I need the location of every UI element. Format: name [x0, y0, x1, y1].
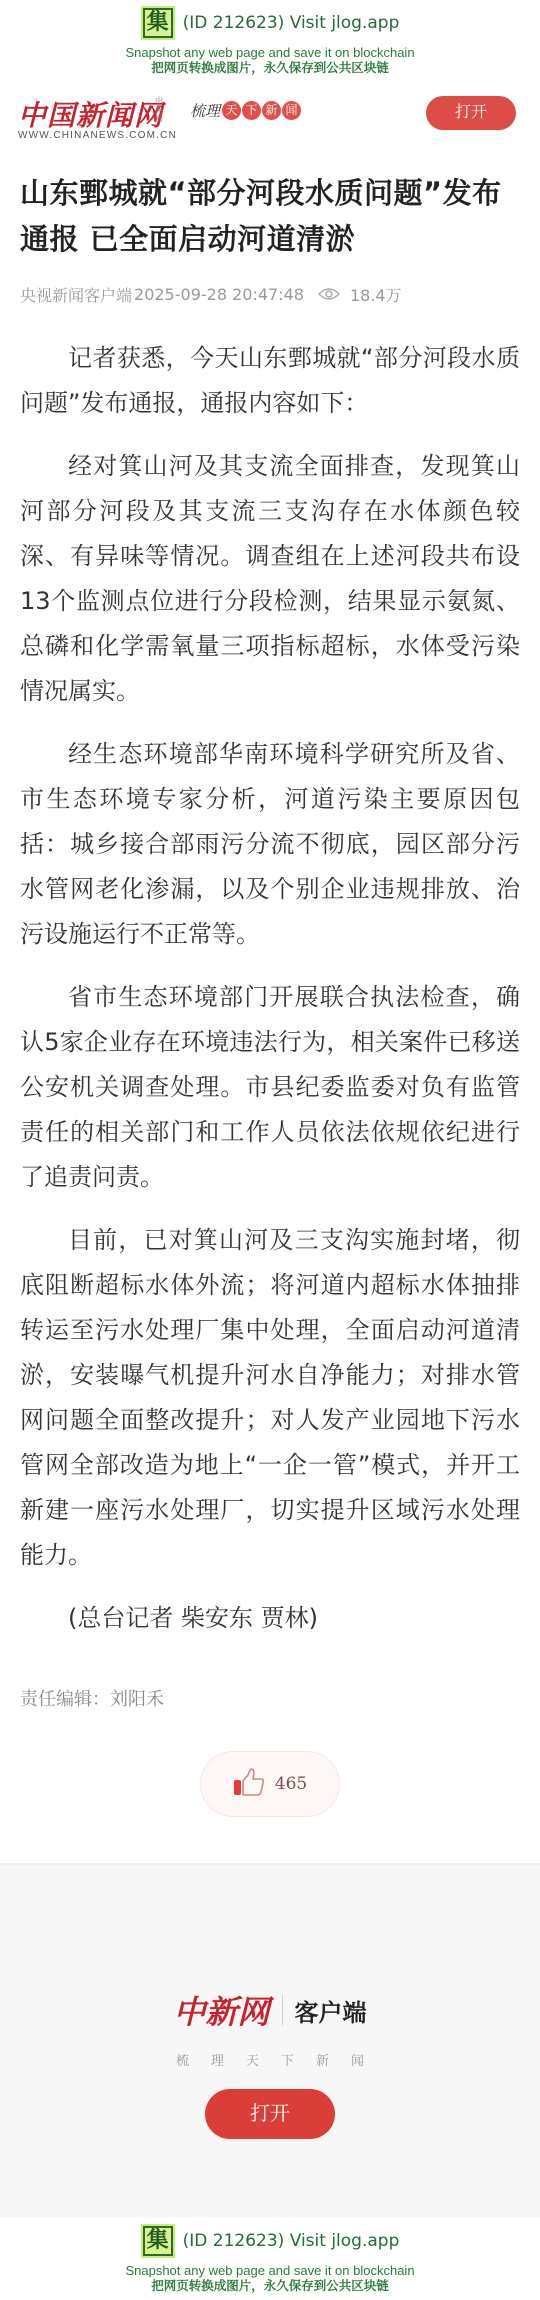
article-datetime: 2025-09-28 20:47:48 — [134, 285, 304, 304]
jlog-subtitle-en: Snapshot any web page and save it on blo… — [0, 2263, 540, 2278]
jlog-banner-top: 集 (ID 212623) Visit jlog.app Snapshot an… — [0, 0, 540, 82]
site-url: WWW.CHINANEWS.COM.CN — [18, 130, 177, 141]
header-slogan: 梳理 天 下 新 闻 — [190, 100, 302, 121]
article-signoff: (总台记者 柴安东 贾林) — [20, 1596, 520, 1641]
article-body: 记者获悉，今天山东鄄城就“部分河段水质问题”发布通报，通报内容如下： 经对箕山河… — [20, 336, 520, 1641]
article-editor: 责任编辑：刘阳禾 — [20, 1685, 520, 1711]
article-title: 山东鄄城就“部分河段水质问题”发布通报 已全面启动河道清淤 — [20, 170, 520, 262]
eye-icon — [318, 287, 340, 301]
app-promo: 中新网 客户端 梳理天下新闻 打开 — [0, 1863, 540, 2218]
like-count: 465 — [275, 1774, 307, 1794]
slogan-circle: 下 — [242, 101, 261, 120]
open-app-button-top[interactable]: 打开 — [426, 96, 516, 130]
slogan-circle: 闻 — [282, 101, 301, 120]
jlog-banner-bottom: 集 (ID 212623) Visit jlog.app Snapshot an… — [0, 2218, 540, 2300]
site-header: 中国新闻网 中新网 WWW.CHINANEWS.COM.CN 梳理 天 下 新 … — [0, 82, 540, 154]
slogan-circle: 新 — [262, 101, 281, 120]
article: 山东鄄城就“部分河段水质问题”发布通报 已全面启动河道清淤 央视新闻客户端 20… — [0, 170, 540, 1817]
promo-client-label: 客户端 — [295, 1993, 367, 2028]
promo-slogan: 梳理天下新闻 — [0, 2050, 540, 2069]
article-source: 央视新闻客户端 — [20, 283, 132, 306]
jlog-title[interactable]: (ID 212623) Visit jlog.app — [183, 2231, 400, 2251]
article-meta: 央视新闻客户端 2025-09-28 20:47:48 18.4万 — [20, 282, 520, 306]
article-paragraph: 省市生态环境部门开展联合执法检查，确认5家企业存在环境违法行为，相关案件已移送公… — [20, 975, 520, 1200]
jlog-logo-icon: 集 — [141, 6, 175, 40]
jlog-title[interactable]: (ID 212623) Visit jlog.app — [183, 13, 400, 33]
article-paragraph: 经对箕山河及其支流全面排查，发现箕山河部分河段及其支流三支沟存在水体颜色较深、有… — [20, 444, 520, 714]
divider — [282, 1995, 283, 2025]
like-button[interactable]: 465 — [200, 1751, 340, 1817]
article-paragraph: 经生态环境部华南环境科学研究所及省、市生态环境专家分析，河道污染主要原因包括：城… — [20, 732, 520, 957]
article-paragraph: 目前，已对箕山河及三支沟实施封堵，彻底阻断超标水体外流；将河道内超标水体抽排转运… — [20, 1218, 520, 1578]
promo-logo: 中新网 客户端 — [0, 1987, 540, 2033]
jlog-subtitle-en: Snapshot any web page and save it on blo… — [0, 45, 540, 60]
jlog-logo-icon: 集 — [141, 2224, 175, 2258]
article-views: 18.4万 — [350, 283, 402, 306]
slogan-circle: 天 — [222, 101, 241, 120]
jlog-subtitle-zh: 把网页转换成图片，永久保存到公共区块链 — [0, 60, 540, 75]
slogan-script: 梳理 — [190, 100, 220, 121]
article-paragraph: 记者获悉，今天山东鄄城就“部分河段水质问题”发布通报，通报内容如下： — [20, 336, 520, 426]
site-logo-side-text: 中新网 — [155, 96, 165, 123]
promo-brand: 中新网 — [173, 1987, 269, 2033]
site-logo[interactable]: 中国新闻网 — [18, 94, 163, 134]
jlog-subtitle-zh: 把网页转换成图片，永久保存到公共区块链 — [0, 2278, 540, 2293]
open-app-button-bottom[interactable]: 打开 — [205, 2089, 335, 2139]
thumbs-up-icon — [233, 1767, 265, 1801]
